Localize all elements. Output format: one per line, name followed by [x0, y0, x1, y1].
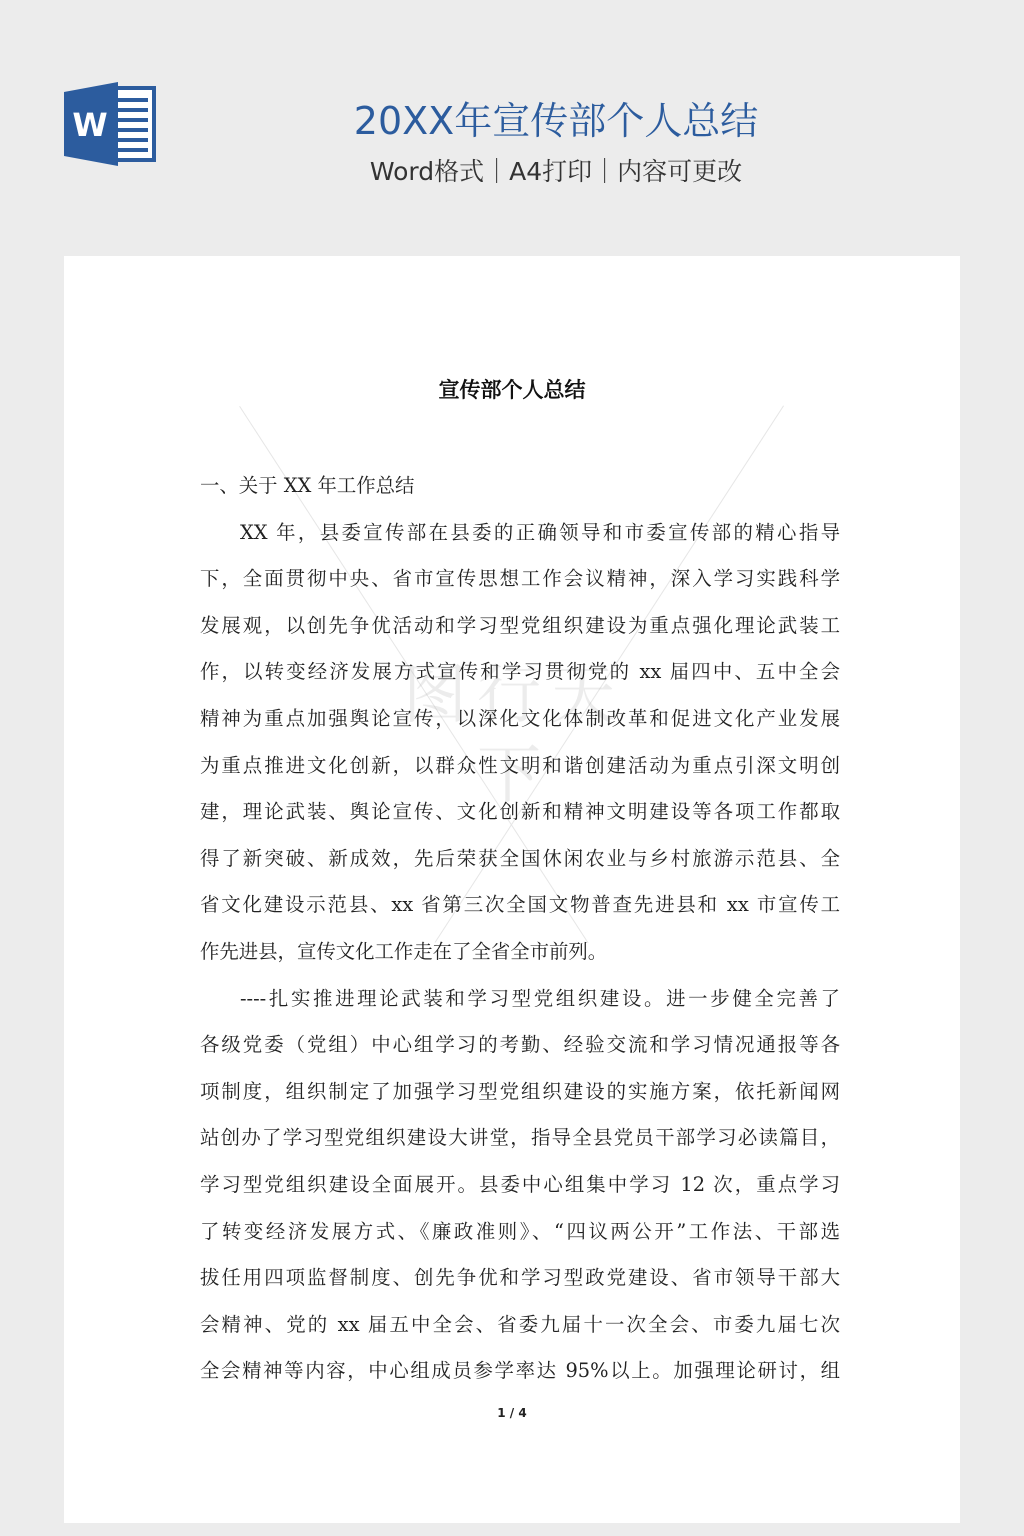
paragraph-line: ----扎实推进理论武装和学习型党组织建设。进一步健全完善了: [200, 976, 840, 1023]
svg-text:W: W: [72, 106, 107, 144]
paragraph-line: 省文化建设示范县、xx 省第三次全国文物普查先进县和 xx 市宣传工: [200, 882, 840, 929]
paragraph-line: 得了新突破、新成效，先后荣获全国休闲农业与乡村旅游示范县、全: [200, 836, 840, 883]
paragraph-line: 各级党委（党组）中心组学习的考勤、经验交流和学习情况通报等各: [200, 1022, 840, 1069]
page-indicator: 1 / 4: [64, 1406, 960, 1420]
section-heading: 一、关于 XX 年工作总结: [200, 463, 840, 510]
paragraph-line: 全会精神等内容，中心组成员参学率达 95%以上。加强理论研讨，组: [200, 1348, 840, 1395]
paragraph-line: 发展观，以创先争优活动和学习型党组织建设为重点强化理论武装工: [200, 603, 840, 650]
page-subtitle: Word格式｜A4打印｜内容可更改: [300, 152, 812, 188]
paragraph-line: 建，理论武装、舆论宣传、文化创新和精神文明建设等各项工作都取: [200, 789, 840, 836]
document-title: 宣传部个人总结: [64, 374, 960, 404]
paragraph-line: 作先进县，宣传文化工作走在了全省全市前列。: [200, 929, 840, 976]
word-icon: W: [64, 80, 156, 166]
paragraph-line: 作，以转变经济发展方式宣传和学习贯彻党的 xx 届四中、五中全会: [200, 649, 840, 696]
paragraph-line: 精神为重点加强舆论宣传，以深化文化体制改革和促进文化产业发展: [200, 696, 840, 743]
paragraph-line: 下，全面贯彻中央、省市宣传思想工作会议精神，深入学习实践科学: [200, 556, 840, 603]
paragraph-line: 拔任用四项监督制度、创先争优和学习型政党建设、省市领导干部大: [200, 1255, 840, 1302]
paragraph-line: XX 年，县委宣传部在县委的正确领导和市委宣传部的精心指导: [200, 510, 840, 557]
paragraph-line: 学习型党组织建设全面展开。县委中心组集中学习 12 次，重点学习: [200, 1162, 840, 1209]
page-title: 20XX年宣传部个人总结: [300, 90, 812, 145]
paragraph-line: 了转变经济发展方式、《廉政准则》、“四议两公开”工作法、干部选: [200, 1209, 840, 1256]
paragraph-line: 会精神、党的 xx 届五中全会、省委九届十一次全会、市委九届七次: [200, 1302, 840, 1349]
paragraph-line: 项制度，组织制定了加强学习型党组织建设的实施方案，依托新闻网: [200, 1069, 840, 1116]
paragraph-line: 为重点推进文化创新，以群众性文明和谐创建活动为重点引深文明创: [200, 743, 840, 790]
document-body: 一、关于 XX 年工作总结XX 年，县委宣传部在县委的正确领导和市委宣传部的精心…: [200, 463, 840, 1395]
document-page: 图行天下 宣传部个人总结 一、关于 XX 年工作总结XX 年，县委宣传部在县委的…: [64, 256, 960, 1523]
paragraph-line: 站创办了学习型党组织建设大讲堂，指导全县党员干部学习必读篇目，: [200, 1115, 840, 1162]
